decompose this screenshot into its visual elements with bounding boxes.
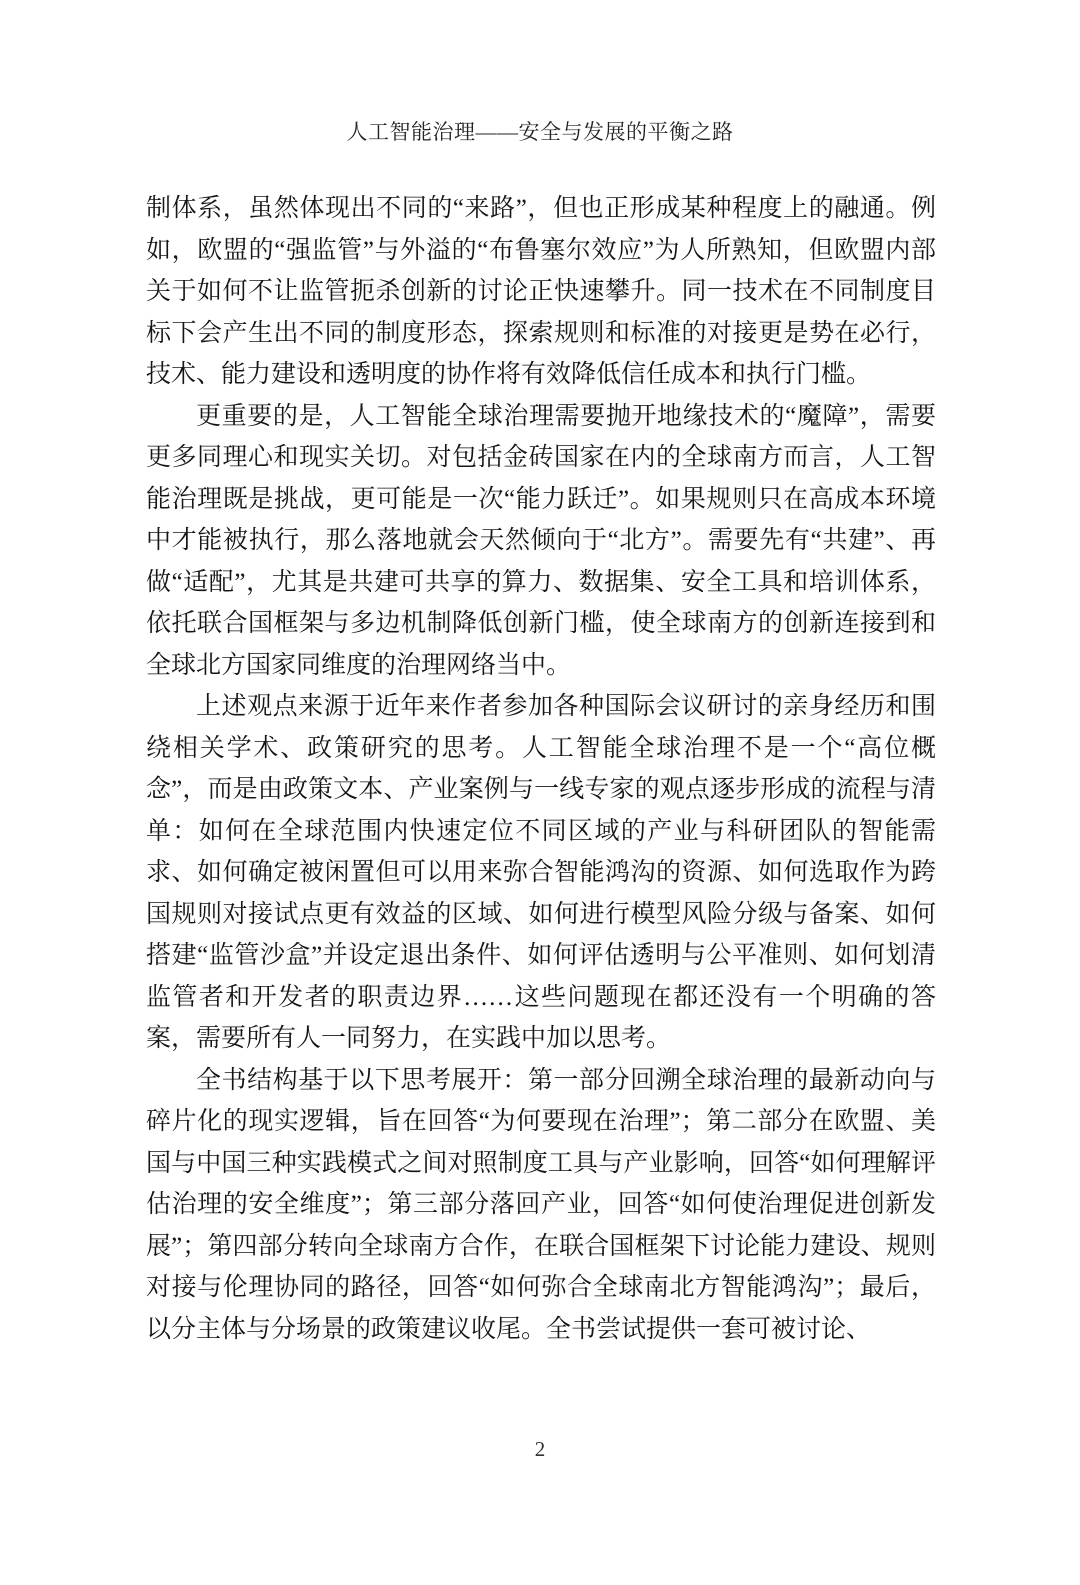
paragraph: 更重要的是，人工智能全球治理需要抛开地缘技术的“魔障”，需要更多同理心和现实关切… bbox=[146, 396, 936, 687]
paragraph: 全书结构基于以下思考展开：第一部分回溯全球治理的最新动向与碎片化的现实逻辑，旨在… bbox=[146, 1060, 936, 1351]
body-text: 制体系，虽然体现出不同的“来路”，但也正形成某种程度上的融通。例如，欧盟的“强监… bbox=[146, 188, 936, 1350]
page-number: 2 bbox=[0, 1437, 1080, 1462]
paragraph: 制体系，虽然体现出不同的“来路”，但也正形成某种程度上的融通。例如，欧盟的“强监… bbox=[146, 188, 936, 396]
running-header: 人工智能治理——安全与发展的平衡之路 bbox=[0, 116, 1080, 146]
paragraph: 上述观点来源于近年来作者参加各种国际会议研讨的亲身经历和围绕相关学术、政策研究的… bbox=[146, 686, 936, 1060]
document-page: 人工智能治理——安全与发展的平衡之路 制体系，虽然体现出不同的“来路”，但也正形… bbox=[0, 0, 1080, 1585]
